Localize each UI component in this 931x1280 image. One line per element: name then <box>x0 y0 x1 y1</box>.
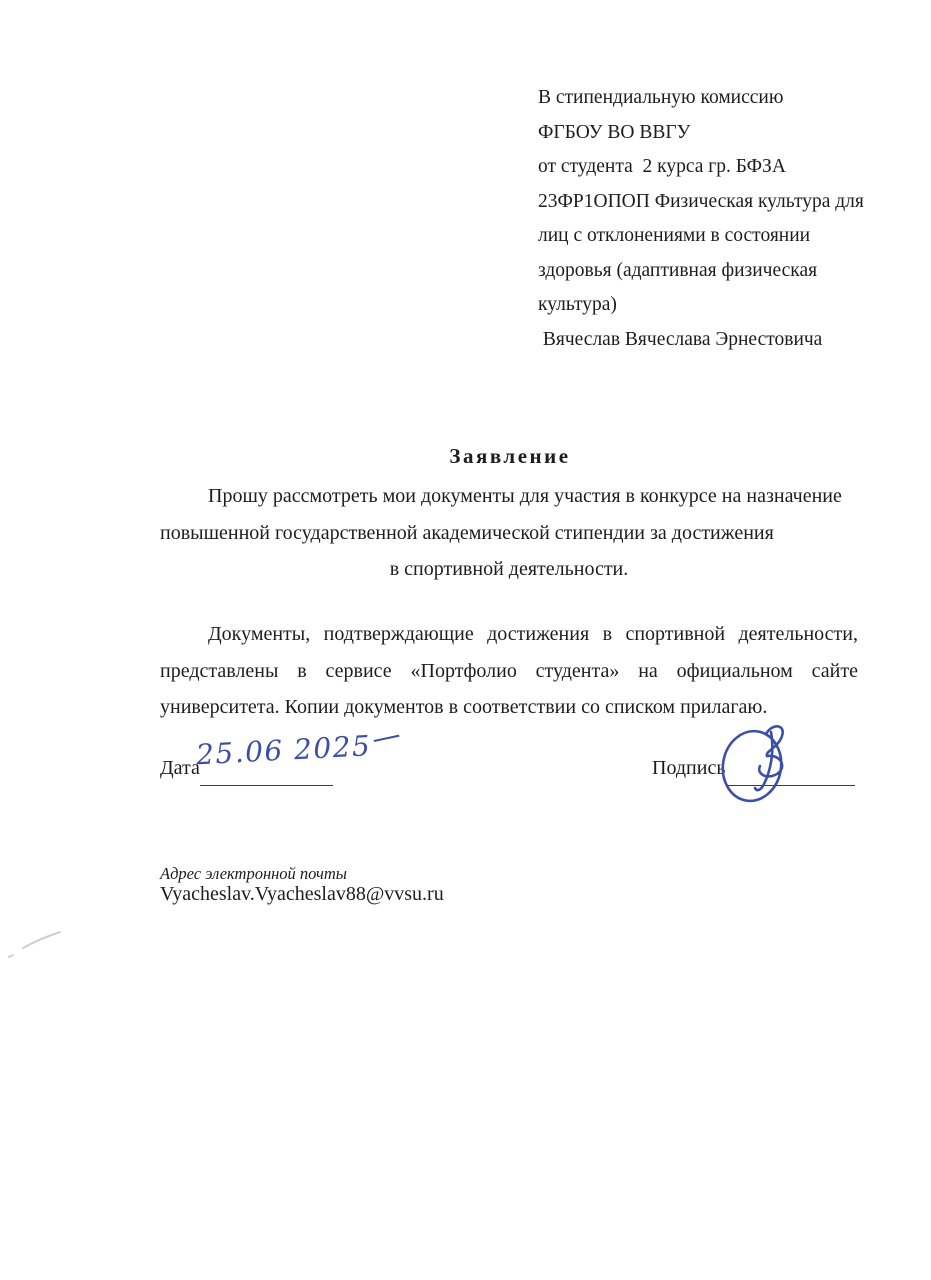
documents-line-2: представлены в сервисе «Портфолио студен… <box>160 653 858 690</box>
email-address: Vyacheslav.Vyacheslav88@vvsu.ru <box>160 883 444 906</box>
scanned-application-page: В стипендиальную комиссию ФГБОУ ВО ВВГУ … <box>0 0 931 1280</box>
email-label: Адрес электронной почты <box>160 864 347 884</box>
request-line-1: Прошу рассмотреть мои документы для учас… <box>160 478 858 515</box>
recipient-line-student: от студента 2 курса гр. БФЗА <box>538 150 898 185</box>
recipient-line-program-3: здоровья (адаптивная физическая <box>538 254 898 289</box>
document-title: Заявление <box>160 444 860 469</box>
recipient-line-student-name: Вячеслав Вячеслава Эрнестовича <box>538 323 898 358</box>
request-line-3: в спортивной деятельности. <box>160 551 858 588</box>
recipient-block: В стипендиальную комиссию ФГБОУ ВО ВВГУ … <box>538 81 898 357</box>
date-label: Дата <box>160 757 200 780</box>
recipient-line-program-1: 23ФР1ОПОП Физическая культура для <box>538 185 898 220</box>
request-paragraph: Прошу рассмотреть мои документы для учас… <box>160 478 858 588</box>
documents-line-1: Документы, подтверждающие достижения в с… <box>160 616 858 653</box>
recipient-line-program-4: культура) <box>538 288 898 323</box>
documents-paragraph: Документы, подтверждающие достижения в с… <box>160 616 858 726</box>
signature-scribble <box>708 718 826 810</box>
recipient-line-university: ФГБОУ ВО ВВГУ <box>538 116 898 151</box>
scan-artifact <box>5 915 85 965</box>
date-underline <box>200 785 333 786</box>
recipient-line-commission: В стипендиальную комиссию <box>538 81 898 116</box>
handwritten-date: 25.06 2025 <box>195 728 401 772</box>
request-line-2: повышенной государственной академической… <box>160 515 858 552</box>
recipient-line-program-2: лиц с отклонениями в состоянии <box>538 219 898 254</box>
